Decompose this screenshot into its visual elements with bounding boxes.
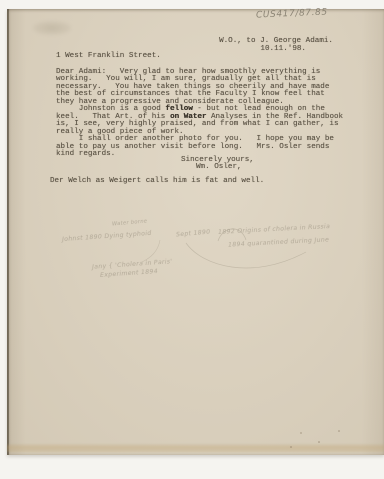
signature: Wm. Osler, [196,164,242,172]
bottom-discoloration-band [7,443,384,452]
paper-speck [290,446,292,448]
paper-stain [33,21,71,35]
scan-background: CUS417/87.85 W.O., to J. George Adami. 1… [0,0,384,479]
postscript-line: Der Welch as Weigert calls him is fat an… [50,178,264,186]
date-line: 10.11.'98. [260,46,306,54]
body-text-segment: Analyses in the Ref. Handbook is, I see,… [56,113,343,159]
paper-speck [318,441,320,443]
letter-body: Dear Adami: Very glad to hear how smooth… [56,69,343,159]
paper-edge-shadow [7,9,9,455]
paper-speck [300,432,302,434]
address-line: 1 West Franklin Street. [56,53,161,61]
paper-speck [338,430,340,432]
